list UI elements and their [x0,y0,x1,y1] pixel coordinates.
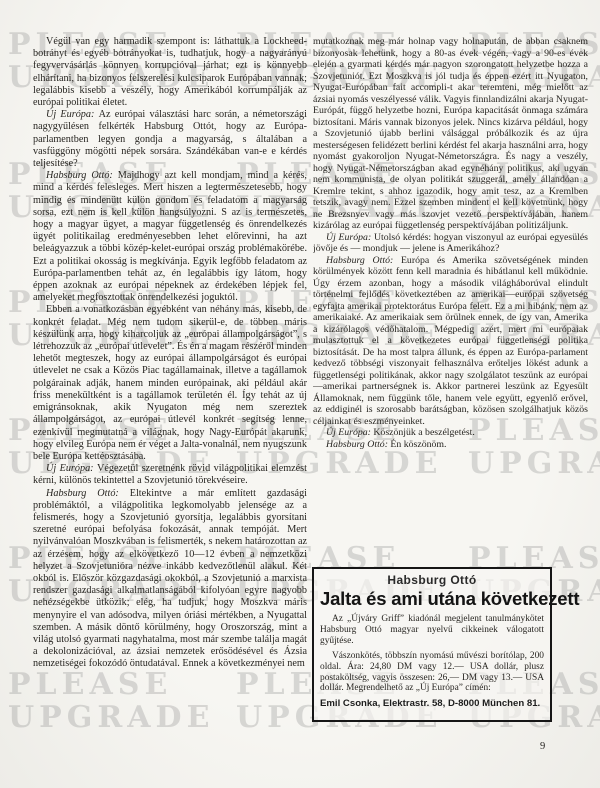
paragraph: Habsburg Ottó: Eltekintve a már említett… [33,488,307,671]
book-ad-paragraph: Vászonkötés, többszín nyomású művészi bo… [320,651,544,695]
paragraph: Végül van egy harmadik szempont is: láth… [33,36,307,109]
speaker-label: Új Európa: [46,109,99,120]
paragraph: Új Európa: Utolsó kérdés: hogyan viszony… [313,232,588,255]
speaker-label: Habsburg Ottó: [326,439,390,450]
paragraph: Új Európa: Az európai választási harc so… [33,109,307,170]
book-ad-paragraph: Az „Újváry Griff” kiadónál megjelent tan… [320,614,544,647]
speaker-label: Habsburg Ottó: [46,170,118,181]
paragraph: Habsburg Ottó: Én köszönöm. [313,439,588,451]
speaker-label: Új Európa: [46,463,97,474]
article-column-left: Végül van egy harmadik szempont is: láth… [33,36,307,736]
speaker-label: Új Európa: [326,232,374,243]
book-ad-author: Habsburg Ottó [320,574,544,587]
book-ad-title: Jalta és ami utána következett [320,589,544,609]
paragraph: Habsburg Ottó: Majdhogy azt kell mondjam… [33,170,307,304]
article-column-right: mutatkoznak meg már holnap vagy holnaput… [313,36,588,560]
paragraph: Új Európa: Köszönjük a beszélgetést. [313,427,588,439]
book-ad-body: Az „Újváry Griff” kiadónál megjelent tan… [320,614,544,694]
paragraph: mutatkoznak meg már holnap vagy holnaput… [313,36,588,232]
book-ad: Habsburg Ottó Jalta és ami utána követke… [312,567,552,722]
speaker-label: Habsburg Ottó: [326,255,401,266]
book-ad-address: Emil Csonka, Elektrastr. 58, D-8000 Münc… [320,698,544,709]
magazine-page: PLEASEUPGRADEPLEASEUPGRADEPLEASEUPGRADEP… [0,0,600,788]
page-number: 9 [540,741,545,752]
speaker-label: Habsburg Ottó: [46,488,130,499]
paragraph: Új Európa: Végezetül szeretnénk rövid vi… [33,463,307,487]
paragraph: Habsburg Ottó: Európa és Amerika szövets… [313,255,588,428]
speaker-label: Új Európa: [326,427,373,438]
paragraph: Ebben a vonatkozásban egyébként van néhá… [33,304,307,463]
